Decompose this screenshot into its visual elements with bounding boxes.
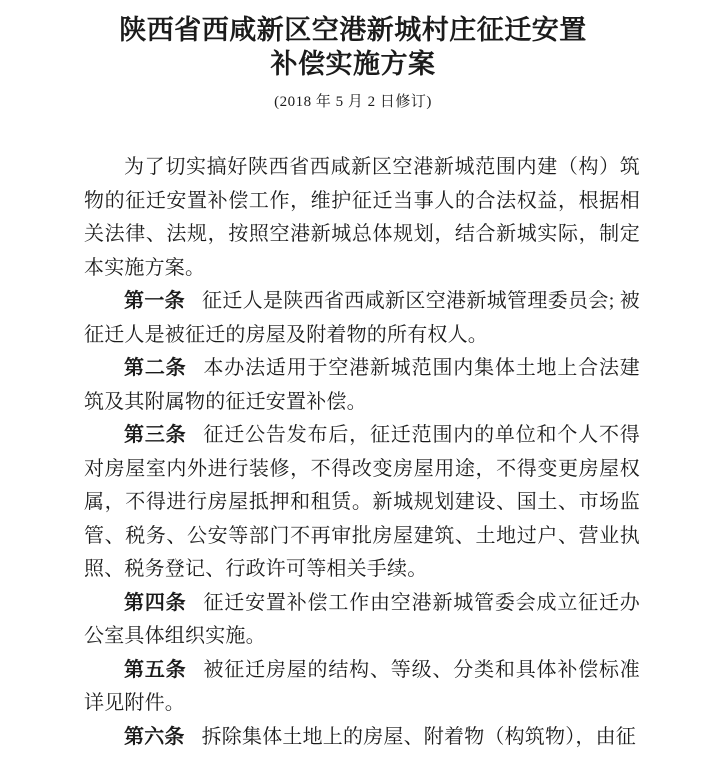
body-paragraph: 第六条拆除集体土地上的房屋、附着物（构筑物），由征 <box>84 721 640 755</box>
article-label: 第二条 <box>124 357 186 379</box>
document-title: 陕西省西咸新区空港新城村庄征迁安置 补偿实施方案 <box>0 0 706 81</box>
document-body: 为了切实搞好陕西省西咸新区空港新城范围内建（构）筑物的征迁安置补偿工作，维护征迁… <box>84 151 640 754</box>
paragraph-text: 征迁公告发布后，征迁范围内的单位和个人不得对房屋室内外进行装修，不得改变房屋用途… <box>84 424 640 580</box>
body-paragraph: 第三条征迁公告发布后，征迁范围内的单位和个人不得对房屋室内外进行装修，不得改变房… <box>84 419 640 587</box>
body-paragraph: 第四条征迁安置补偿工作由空港新城管委会成立征迁办公室具体组织实施。 <box>84 587 640 654</box>
title-line-1: 陕西省西咸新区空港新城村庄征迁安置 <box>119 15 587 45</box>
article-label: 第一条 <box>124 290 185 312</box>
article-label: 第四条 <box>124 592 186 614</box>
document-page: 陕西省西咸新区空港新城村庄征迁安置 补偿实施方案 (2018 年 5 月 2 日… <box>0 0 706 763</box>
revision-note: (2018 年 5 月 2 日修订) <box>0 92 706 112</box>
body-paragraph: 为了切实搞好陕西省西咸新区空港新城范围内建（构）筑物的征迁安置补偿工作，维护征迁… <box>84 151 640 285</box>
article-label: 第三条 <box>124 424 186 446</box>
paragraph-text: 拆除集体土地上的房屋、附着物（构筑物），由征 <box>202 726 636 748</box>
title-line-2: 补偿实施方案 <box>271 49 436 79</box>
body-paragraph: 第二条本办法适用于空港新城范围内集体土地上合法建筑及其附属物的征迁安置补偿。 <box>84 352 640 419</box>
body-paragraph: 第一条征迁人是陕西省西咸新区空港新城管理委员会; 被征迁人是被征迁的房屋及附着物… <box>84 285 640 352</box>
paragraph-text: 为了切实搞好陕西省西咸新区空港新城范围内建（构）筑物的征迁安置补偿工作，维护征迁… <box>84 156 640 279</box>
article-label: 第六条 <box>124 726 185 748</box>
article-label: 第五条 <box>124 659 186 681</box>
body-paragraph: 第五条被征迁房屋的结构、等级、分类和具体补偿标准详见附件。 <box>84 654 640 721</box>
